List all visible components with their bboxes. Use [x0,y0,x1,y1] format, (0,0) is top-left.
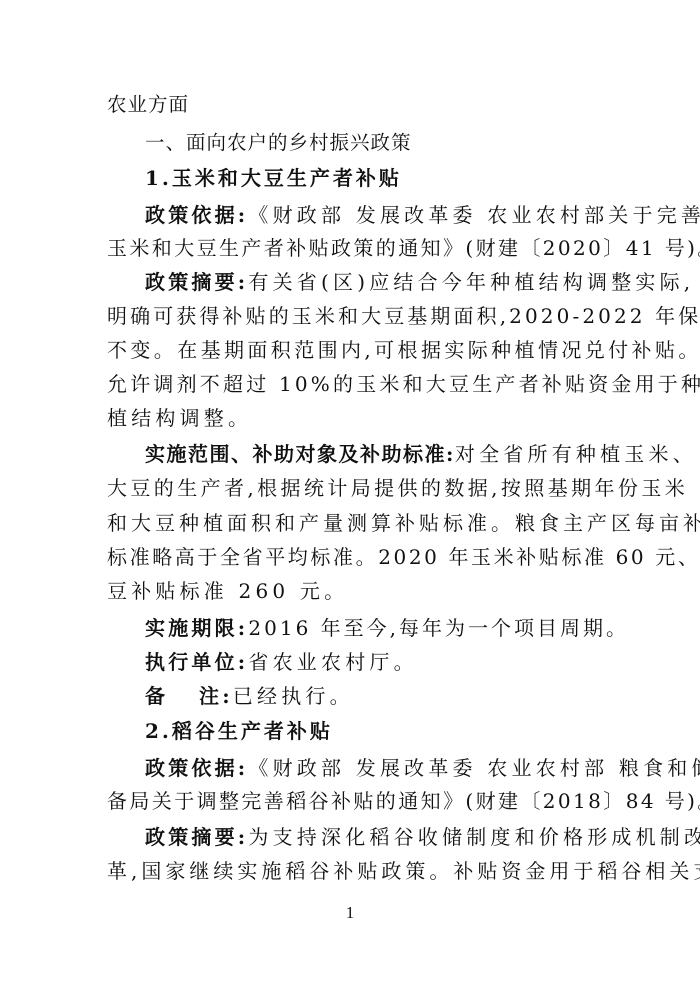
item-1-scope-line-5: 豆补贴标准 260 元。 [107,576,348,606]
unit-label: 执行单位: [145,650,248,674]
item-1-remark: 备注:已经执行。 [145,681,354,711]
item-2-basis-line-2: 备局关于调整完善稻谷补贴的通知》(财建〔2018〕84 号)。 [107,786,700,816]
period-value: 2016 年至今,每年为一个项目周期。 [248,616,629,640]
item-2-summary-line-2: 革,国家继续实施稻谷补贴政策。补贴资金用于稻谷相关支 [107,856,700,886]
policy-basis-text: 《财政部 发展改革委 农业农村部关于完善 [248,203,700,227]
item-1-basis-line-2: 玉米和大豆生产者补贴政策的通知》(财建〔2020〕41 号)。 [107,233,700,263]
item-1-basis-line-1: 政策依据:《财政部 发展改革委 农业农村部关于完善 [145,200,700,230]
policy-basis-label: 政策依据: [145,756,248,780]
item-1-summary-line-1: 政策摘要:有关省(区)应结合今年种植结构调整实际, [145,267,694,297]
item-1-period: 实施期限:2016 年至今,每年为一个项目周期。 [145,613,629,643]
policy-summary-text: 为支持深化稻谷收储制度和价格形成机制改 [248,825,700,849]
item-2-summary-line-1: 政策摘要:为支持深化稻谷收储制度和价格形成机制改 [145,822,700,852]
policy-basis-label: 政策依据: [145,203,248,227]
item-1-summary-line-5: 植结构调整。 [107,403,252,433]
item-2-basis-line-1: 政策依据:《财政部 发展改革委 农业农村部 粮食和储 [145,753,700,783]
item-2-heading: 2.稻谷生产者补贴 [145,716,333,746]
scope-label: 实施范围、补助对象及补助标准: [145,442,455,466]
document-page: 农业方面 一、面向农户的乡村振兴政策 1.玉米和大豆生产者补贴 政策依据:《财政… [0,0,700,990]
page-number: 1 [340,903,360,923]
policy-basis-text: 《财政部 发展改革委 农业农村部 粮食和储 [248,756,700,780]
item-1-heading: 1.玉米和大豆生产者补贴 [145,163,402,193]
item-1-scope-line-4: 标准略高于全省平均标准。2020 年玉米补贴标准 60 元、大 [107,542,700,572]
policy-summary-text: 有关省(区)应结合今年种植结构调整实际, [248,270,694,294]
remark-label-part-1: 备 [145,681,199,711]
item-1-unit: 执行单位:省农业农村厅。 [145,647,418,677]
item-1-scope-line-2: 大豆的生产者,根据统计局提供的数据,按照基期年份玉米 [107,473,688,503]
item-1-summary-line-2: 明确可获得补贴的玉米和大豆基期面积,2020-2022 年保持 [107,301,700,331]
item-1-scope-line-1: 实施范围、补助对象及补助标准:对全省所有种植玉米、 [145,439,697,469]
chapter-heading: 一、面向农户的乡村振兴政策 [145,128,412,158]
item-1-summary-line-3: 不变。在基期面积范围内,可根据实际种植情况兑付补贴。 [107,335,700,365]
remark-value: 已经执行。 [233,684,354,708]
policy-summary-label: 政策摘要: [145,825,248,849]
item-1-scope-line-3: 和大豆种植面积和产量测算补贴标准。粮食主产区每亩补贴 [107,508,700,538]
policy-summary-label: 政策摘要: [145,270,248,294]
scope-text: 对全省所有种植玉米、 [455,442,697,466]
section-title: 农业方面 [107,90,189,120]
remark-label-part-2: 注: [199,684,233,708]
item-1-summary-line-4: 允许调剂不超过 10%的玉米和大豆生产者补贴资金用于种 [107,369,700,399]
unit-value: 省农业农村厅。 [248,650,417,674]
period-label: 实施期限: [145,616,248,640]
